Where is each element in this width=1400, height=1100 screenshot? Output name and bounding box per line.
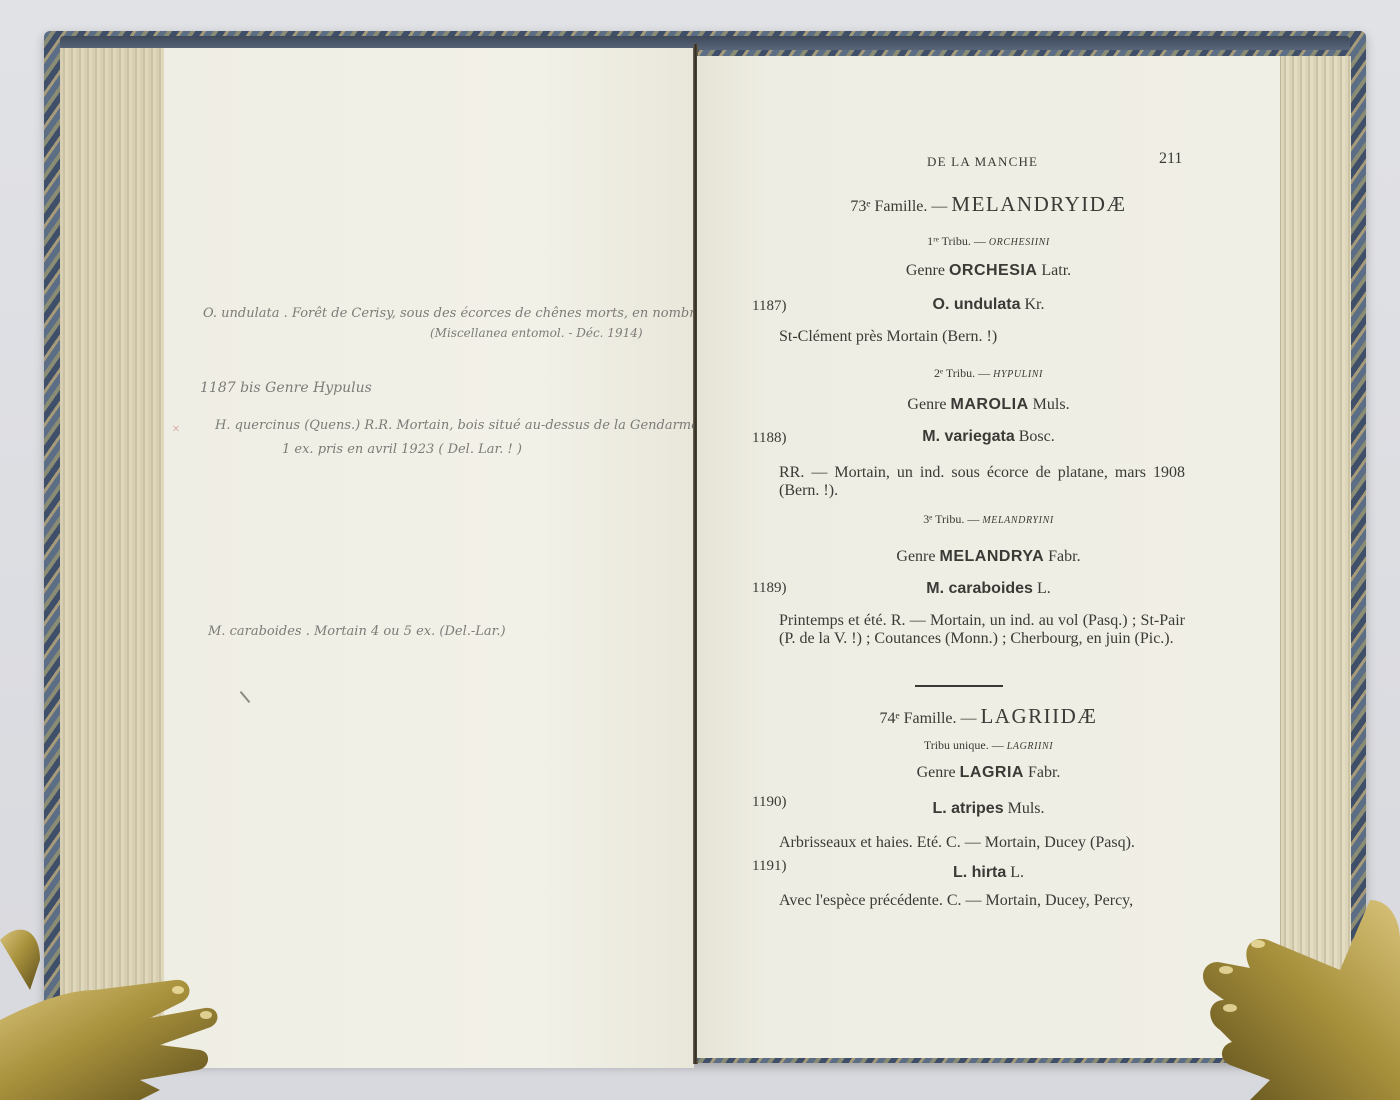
family-heading-lagriidae: 74ᵉ Famille. — LAGRIIDÆ — [697, 704, 1280, 729]
species-name-m-caraboides: M. caraboides L. — [697, 580, 1280, 598]
genus-heading-marolia: Genre MAROLIA Muls. — [697, 396, 1280, 414]
annotation-quercinus: H. quercinus (Quens.) R.R. Mortain, bois… — [215, 418, 717, 433]
running-head: DE LA MANCHE — [927, 154, 1038, 170]
species-locality-text: Printemps et été. R. — Mortain, un ind. … — [749, 612, 1185, 648]
annotation-genre-hypulus: 1187 bis Genre Hypulus — [200, 380, 372, 396]
tribe-heading-melandryini: 3ᵉ Tribu. — MELANDRYINI — [697, 512, 1280, 527]
brass-hand-left — [0, 900, 230, 1100]
species-locality-text: Arbrisseaux et haies. Eté. C. — Mortain,… — [749, 834, 1185, 852]
brass-hand-right — [1190, 880, 1400, 1100]
margin-cross-mark: × — [172, 422, 180, 438]
annotation-undulata-source: (Miscellanea entomol. - Déc. 1914) — [430, 326, 643, 340]
genus-heading-orchesia: Genre ORCHESIA Latr. — [697, 262, 1280, 280]
annotation-quercinus-capture: 1 ex. pris en avril 1923 ( Del. Lar. ! ) — [282, 442, 522, 457]
tribe-heading-lagriini: Tribu unique. — LAGRIINI — [697, 738, 1280, 753]
section-divider-rule — [915, 685, 1003, 687]
species-name-o-undulata: O. undulata Kr. — [697, 296, 1280, 314]
tribe-heading-hypulini: 2ᵉ Tribu. — HYPULINI — [697, 366, 1280, 381]
family-heading-melandryidae: 73ᵉ Famille. — MELANDRYIDÆ — [697, 192, 1280, 217]
genus-heading-melandrya: Genre MELANDRYA Fabr. — [697, 548, 1280, 566]
species-name-m-variegata: M. variegata Bosc. — [697, 428, 1280, 446]
species-locality-text: RR. — Mortain, un ind. sous écorce de pl… — [749, 464, 1185, 500]
species-locality-text: Avec l'espèce précédente. C. — Mortain, … — [749, 892, 1185, 910]
annotation-caraboides: M. caraboides . Mortain 4 ou 5 ex. (Del.… — [208, 624, 506, 639]
genus-heading-lagria: Genre LAGRIA Fabr. — [697, 764, 1280, 782]
page-number: 211 — [1159, 150, 1182, 168]
species-locality-text: St-Clément près Mortain (Bern. !) — [749, 328, 1185, 346]
species-name-l-atripes: L. atripes Muls. — [697, 800, 1280, 818]
annotation-undulata: O. undulata . Forêt de Cerisy, sous des … — [203, 306, 761, 321]
tribe-heading-orchesiini: 1ʳᵉ Tribu. — ORCHESIINI — [697, 234, 1280, 249]
left-page — [164, 48, 694, 1068]
